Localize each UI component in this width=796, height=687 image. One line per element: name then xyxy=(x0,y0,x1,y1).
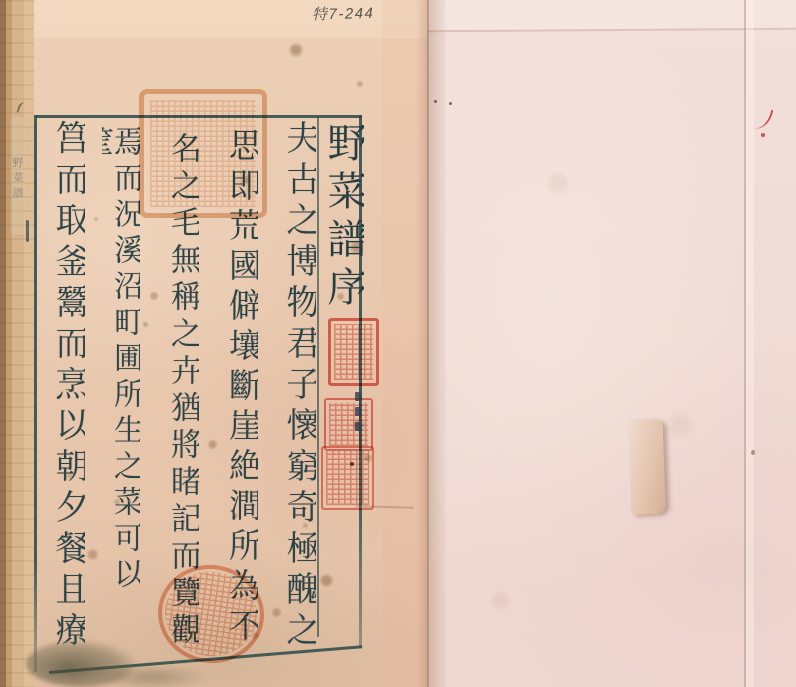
catalog-number-note: 特7-244 xyxy=(312,1,423,25)
frame-border-left xyxy=(34,115,37,672)
page-gutter-line xyxy=(427,0,429,687)
red-ink-dot xyxy=(761,133,765,137)
collector-seal-2 xyxy=(324,398,373,451)
fold-line xyxy=(744,0,746,687)
bottom-edge-grime-2 xyxy=(90,664,210,687)
page-tear xyxy=(628,419,665,514)
text-column-1: 夫古之博物君子懷窮奇極醜之 xyxy=(276,120,316,657)
preface-title: 野菜譜序 xyxy=(320,122,364,318)
collector-seal-3 xyxy=(321,446,374,510)
fold-highlight xyxy=(746,0,754,687)
spine-mark xyxy=(26,220,29,242)
right-page-top-band xyxy=(428,0,796,30)
book-scan: 野菜譜 xyxy=(0,0,796,687)
right-page xyxy=(428,0,796,687)
collector-seal-1 xyxy=(328,318,379,386)
large-orange-seal xyxy=(139,89,267,218)
spine-title-label: 野菜譜 xyxy=(10,116,26,236)
text-column-4: 焉而況溪沼町圃所生之菜可以筐 xyxy=(102,126,140,626)
title-column-rule xyxy=(317,117,319,637)
ink-speck-right xyxy=(751,450,755,455)
page-gutter-shadow xyxy=(416,0,446,687)
text-column-5: 筥而取釜鬵而烹以朝夕餐且療 xyxy=(45,120,85,660)
border-ink-marks xyxy=(355,392,363,444)
